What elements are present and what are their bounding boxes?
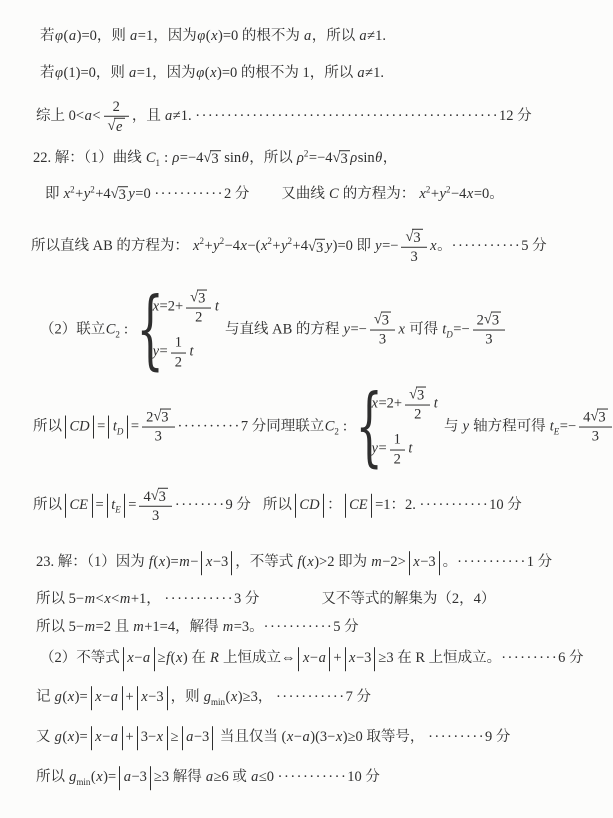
text-run: = [97, 417, 105, 437]
math-variable: y [462, 417, 469, 437]
text-run: 2 [175, 354, 182, 370]
text-run: 综上 0< [36, 107, 84, 127]
absolute-value-group: x−a [123, 647, 155, 671]
math-variable: y2 [439, 185, 451, 205]
math-variable: C2 [324, 417, 339, 437]
math-variable: t [408, 440, 413, 460]
math-variable: a [165, 107, 173, 127]
text-run: 23. 解：（1）因为 [36, 553, 148, 573]
math-variable: x2 [193, 237, 205, 257]
text-run: − [294, 728, 302, 748]
solution-line: 所以CE=tE=4√33········9 分所以CD：CE=1：2. ····… [33, 488, 522, 524]
math-variable: m [84, 618, 95, 638]
text-run: + [431, 185, 439, 205]
math-variable: θ [241, 149, 249, 169]
equation-system: {x=2+√32ty=12t [349, 387, 438, 468]
math-variable: CE [349, 496, 369, 516]
text-run: 3 [410, 249, 417, 265]
sqrt-radical: √3 [111, 186, 128, 203]
text-run: −2> [382, 553, 406, 573]
math-variable: t [189, 343, 194, 363]
radicand: 3 [197, 290, 207, 307]
solution-line: 所以 5−m=2 且 m+1=4，解得 m=3。···········5 分 [36, 618, 359, 638]
text-run: −4 [225, 237, 240, 257]
math-variable: tE [111, 496, 122, 516]
text-run: 当且仅当 ( [216, 728, 286, 748]
solution-line: 综上 0<a<2√e，且 a≠1. ······················… [36, 99, 532, 135]
text-run: =1：2. [375, 496, 419, 516]
fraction: √33 [401, 229, 426, 265]
text-run: 3 [413, 230, 420, 246]
radicand: 3 [118, 186, 128, 203]
text-run: 。 [437, 237, 452, 257]
absolute-value-group: CD [295, 494, 324, 518]
math-variable: m [84, 590, 95, 610]
text-run: 2 [146, 410, 153, 426]
math-variable: x [141, 688, 148, 708]
math-variable: gmin [69, 768, 91, 788]
absolute-value-group: tD [108, 415, 128, 439]
text-run: 3 [198, 291, 205, 307]
math-variable: x [95, 728, 102, 748]
text-run: − [102, 688, 110, 708]
text-run: =1，因为 [138, 27, 197, 47]
superscript: 2 [426, 184, 431, 194]
text-run: 3 [592, 429, 599, 445]
fraction: √32 [405, 387, 430, 423]
math-variable: ρ [172, 149, 180, 169]
denominator: 3 [579, 427, 611, 445]
radicand: 3 [339, 150, 349, 167]
math-variable: t [214, 298, 219, 318]
fraction: √32 [186, 290, 211, 326]
fraction: 12 [171, 335, 186, 370]
math-variable: e [115, 119, 122, 135]
math-variable: x [335, 728, 342, 748]
math-variable: x [413, 553, 420, 573]
text-run: 若 [40, 64, 55, 84]
solution-line: （2）联立C2 :{x=2+√32ty=12t 与直线 AB 的方程 y=−√3… [40, 290, 508, 371]
text-run: 3 [340, 151, 347, 167]
math-variable: a [110, 728, 118, 748]
text-run: −3 [148, 688, 163, 708]
text-run: 5 分 [333, 618, 358, 638]
text-run: ≠1. [365, 64, 384, 84]
subscript: D [446, 329, 453, 339]
dot-leader: ········ [175, 496, 226, 516]
math-variable: tE [549, 417, 560, 437]
math-variable: m [222, 618, 233, 638]
math-variable: C2 [105, 320, 120, 340]
math-variable: g [54, 728, 62, 748]
text-run: 2 [113, 99, 120, 115]
text-run: ，且 [132, 107, 165, 127]
text-run: )≥0 取等号， [343, 728, 428, 748]
math-variable: a [110, 688, 118, 708]
text-run: ，则 [171, 688, 204, 708]
subscript: 2 [115, 329, 120, 339]
text-run: 4 [583, 410, 590, 426]
math-variable: x [307, 553, 314, 573]
text-run: 3 [492, 313, 499, 329]
math-variable: φ [55, 64, 64, 84]
text-run: 3 [159, 489, 166, 505]
math-variable: x [466, 185, 473, 205]
superscript: 2 [220, 236, 225, 246]
text-run: ≤0 [259, 768, 278, 788]
text-run: 3 [379, 332, 386, 348]
numerator: 4√3 [139, 488, 171, 506]
text-run: ，不等式 [235, 553, 297, 573]
text-run: 2 [477, 313, 484, 329]
math-variable: y [128, 185, 135, 205]
text-run: = [131, 417, 139, 437]
fraction: √33 [370, 312, 395, 348]
denominator: 3 [370, 330, 395, 348]
math-variable: x [230, 688, 237, 708]
math-variable: R [210, 649, 220, 669]
text-run: )(3− [310, 728, 335, 748]
text-run: : [339, 417, 347, 437]
math-variable: a [142, 649, 150, 669]
math-variable: a [68, 27, 76, 47]
text-run: 9 分 [485, 728, 510, 748]
text-run: 3 [119, 187, 126, 203]
sqrt-radical: √3 [333, 150, 350, 167]
text-run: 可得 [405, 320, 441, 340]
text-run: （2）联立 [40, 320, 105, 340]
text-run: 上恒成立⇔ [219, 649, 295, 669]
fraction: 2√33 [142, 409, 174, 445]
sqrt-radical: √e [108, 118, 125, 135]
solution-line: 所以直线 AB 的方程为： x2+y2−4x−(x2+y2+4√3y)=0 即 … [31, 229, 547, 265]
text-run: +1=4，解得 [144, 618, 222, 638]
superscript: 2 [288, 236, 293, 246]
math-variable: a [84, 107, 92, 127]
text-run: − [134, 649, 142, 669]
text-run: （2）不等式 [40, 649, 120, 669]
document-page: 若φ(a)=0，则 a=1，因为φ(x)=0 的根不为 a，所以 a≠1.若φ(… [0, 0, 613, 818]
text-run: sin [358, 149, 375, 169]
superscript: 2 [199, 236, 204, 246]
subscript: D [117, 426, 124, 436]
text-run: 所以直线 AB 的方程为： [31, 237, 193, 257]
numerator: 2 [104, 99, 129, 116]
sqrt-radical: √3 [203, 150, 220, 167]
text-run: )>2 即为 [314, 553, 371, 573]
text-run: + [126, 688, 134, 708]
text-run: 。 [443, 553, 458, 573]
text-run: 3 [485, 332, 492, 348]
text-run: 的方程为： [339, 185, 419, 205]
text-run: : [120, 320, 128, 340]
text-run: 所以 5− [36, 590, 84, 610]
math-variable: m [133, 618, 144, 638]
text-run: 10 分 [489, 496, 522, 516]
text-run: −4 [451, 185, 466, 205]
math-variable: y2 [83, 185, 95, 205]
numerator: √3 [370, 312, 395, 330]
text-run: =− [382, 237, 398, 257]
radicand: 3 [315, 238, 325, 255]
text-run: +4 [95, 185, 110, 205]
text-run: )=0，则 [77, 27, 130, 47]
subscript: E [554, 426, 560, 436]
text-run: =−4 [180, 149, 204, 169]
text-run: + [75, 185, 83, 205]
dot-leader: ··········· [452, 237, 522, 257]
math-variable: x [205, 553, 212, 573]
math-variable: C1 [145, 149, 160, 169]
math-variable: a [129, 64, 137, 84]
denominator: 3 [401, 247, 426, 265]
text-run: −3 [356, 649, 371, 669]
math-variable: x [156, 728, 163, 748]
numerator: 2√3 [142, 409, 174, 427]
superscript: 2 [446, 184, 451, 194]
text-run: −3 [131, 768, 146, 788]
absolute-value-group: CD [65, 415, 94, 439]
absolute-value-group: 3−x [137, 726, 168, 750]
fraction: 4√33 [579, 409, 611, 445]
text-run: ≥3 解得 [154, 768, 205, 788]
text-run: 所以 [263, 496, 292, 516]
denominator: √e [104, 116, 129, 135]
text-run: 10 分 [347, 768, 380, 788]
text-run: 1 [394, 432, 401, 448]
denominator: 2 [390, 449, 405, 467]
text-run: ≠1. [173, 107, 195, 127]
solution-line: 若φ(a)=0，则 a=1，因为φ(x)=0 的根不为 a，所以 a≠1. [40, 27, 386, 47]
math-variable: x [240, 237, 247, 257]
dot-leader: ··········· [164, 590, 234, 610]
text-run: =0。 [474, 185, 504, 205]
denominator: 2 [405, 405, 430, 423]
math-variable: C [328, 185, 339, 205]
text-run: )= [75, 688, 88, 708]
text-run: =−4 [309, 149, 333, 169]
radicand: 3 [597, 409, 607, 426]
math-variable: a [123, 768, 131, 788]
text-run: =0 [135, 185, 154, 205]
absolute-value-group: tE [107, 494, 126, 518]
sqrt-radical: √3 [484, 312, 501, 329]
math-variable: CD [69, 417, 90, 437]
text-run: 3 [417, 388, 424, 404]
text-run: )= [166, 553, 179, 573]
text-run: −( [247, 237, 260, 257]
math-variable: CD [299, 496, 320, 516]
absolute-value-group: x−3 [201, 551, 232, 575]
subscript: E [115, 505, 121, 515]
text-run: + [204, 237, 212, 257]
solution-line: 所以CD=tD=2√33··········7 分同理联立C2 :{x=2+√3… [33, 387, 613, 468]
numerator: √3 [405, 387, 430, 405]
text-run: 轴方程可得 [470, 417, 550, 437]
math-variable: y2 [281, 237, 293, 257]
text-run: 2 [414, 407, 421, 423]
text-run: 3 [598, 410, 605, 426]
text-run: 3 [155, 429, 162, 445]
math-variable: x [67, 728, 74, 748]
solution-line: 即 x2+y2+4√3y=0 ···········2 分又曲线 C 的方程为：… [45, 185, 504, 205]
text-run: ≥ [171, 728, 179, 748]
dot-leader: ········· [501, 649, 558, 669]
text-run: 若 [40, 27, 55, 47]
text-run: 3 [382, 313, 389, 329]
numerator: 4√3 [579, 409, 611, 427]
math-variable: x [286, 728, 293, 748]
math-variable: x [96, 768, 103, 788]
superscript: 2 [70, 184, 75, 194]
text-run: = [96, 496, 104, 516]
math-variable: tD [112, 417, 124, 437]
math-variable: x [210, 64, 217, 84]
text-run: −3 [420, 553, 435, 573]
absolute-value-group: x−a [91, 686, 123, 710]
text-run: 3 [161, 410, 168, 426]
text-run: )≥3， [238, 688, 276, 708]
text-run: 3 [152, 508, 159, 524]
denominator: 2 [171, 352, 186, 370]
math-variable: x2 [419, 185, 431, 205]
text-run: ≥3 在 R 上恒成立。 [378, 649, 501, 669]
text-run: < [96, 590, 104, 610]
numerator: 2√3 [473, 312, 505, 330]
dot-leader: ········· [428, 728, 485, 748]
math-variable: a [359, 27, 367, 47]
solution-line: 所以 gmin(x)=a−3≥3 解得 a≥6 或 a≤0 ··········… [36, 766, 380, 790]
math-variable: φ [197, 27, 206, 47]
text-run: ，所以 [312, 27, 359, 47]
text-run: 与 [440, 417, 462, 437]
text-run: + [126, 728, 134, 748]
sqrt-radical: √3 [153, 409, 170, 426]
denominator: 3 [142, 427, 174, 445]
sqrt-radical: √3 [190, 290, 207, 307]
dot-leader: ··········· [278, 768, 348, 788]
math-variable: x [158, 553, 165, 573]
dot-leader: ··········· [457, 553, 527, 573]
text-run: ，所以 [249, 149, 296, 169]
absolute-value-group: a−3 [182, 726, 214, 750]
math-variable: tD [442, 320, 454, 340]
dot-leader: ··········· [276, 688, 346, 708]
text-run: =1，因为 [137, 64, 196, 84]
text-run: < [92, 107, 100, 127]
radicand: 3 [160, 409, 170, 426]
math-variable: θ [375, 149, 383, 169]
text-run: 1 [175, 335, 182, 351]
text-run: )= [75, 728, 88, 748]
math-variable: a [130, 27, 138, 47]
math-variable: φ [55, 27, 64, 47]
text-run: + [272, 237, 280, 257]
text-run: 所以 5− [36, 618, 84, 638]
absolute-value-group: x−3 [409, 551, 440, 575]
text-run: 所以 [33, 496, 62, 516]
solution-line: 22. 解：（1）曲线 C1 : ρ=−4√3 sinθ，所以 ρ2=−4√3ρ… [33, 149, 397, 169]
left-brace-icon: { [356, 387, 369, 467]
text-run: 3− [141, 728, 156, 748]
math-variable: a [186, 728, 194, 748]
text-run: 与直线 AB 的方程 [221, 320, 343, 340]
text-run: 2 分 [224, 185, 249, 205]
radicand: 3 [491, 312, 501, 329]
superscript: 2 [267, 236, 272, 246]
solution-line: 又 g(x)=x−a+3−x≥a−3 当且仅当 (x−a)(3−x)≥0 取等号… [36, 726, 510, 750]
numerator: √3 [401, 229, 426, 247]
subscript: 2 [334, 426, 339, 436]
solution-line: 23. 解：（1）因为 f(x)=m−x−3，不等式 f(x)>2 即为 m−2… [36, 551, 552, 575]
text-run: −3 [194, 728, 209, 748]
math-variable: y [375, 237, 382, 257]
text-run: 2 [195, 310, 202, 326]
subscript: min [76, 777, 90, 787]
math-variable: x [104, 590, 111, 610]
text-run: −3 [213, 553, 228, 573]
text-run: 9 分 [226, 496, 251, 516]
text-run: sin [221, 149, 242, 169]
sqrt-radical: √3 [405, 229, 422, 246]
text-run: 6 分 [558, 649, 583, 669]
math-variable: y [325, 237, 332, 257]
text-run: 3 [211, 151, 218, 167]
math-variable: x [398, 320, 405, 340]
equation-system: {x=2+√32ty=12t [130, 290, 219, 371]
text-run: +1， [131, 590, 165, 610]
text-run: < [111, 590, 119, 610]
math-variable: x [349, 649, 356, 669]
text-run: 7 分 [346, 688, 371, 708]
text-run: ： [327, 496, 342, 516]
text-run: ≠1. [367, 27, 386, 47]
text-run: 7 分同理联立 [241, 417, 324, 437]
numerator: 1 [390, 432, 405, 449]
absolute-value-group: a−3 [119, 766, 151, 790]
math-variable: gmin [203, 688, 225, 708]
text-run: )=0 的根不为 1，所以 [217, 64, 357, 84]
math-variable: x [211, 27, 218, 47]
radicand: 3 [381, 312, 391, 329]
text-run: =− [560, 417, 576, 437]
numerator: 1 [171, 335, 186, 352]
text-run: )=0 即 [333, 237, 375, 257]
text-run: 4 [143, 489, 150, 505]
absolute-value-group: CE [345, 494, 373, 518]
text-run: − [310, 649, 318, 669]
dot-leader: ·········· [178, 417, 241, 437]
math-variable: y [343, 320, 350, 340]
absolute-value-group: x−a [298, 647, 330, 671]
denominator: 3 [139, 506, 171, 524]
math-variable: ρ [350, 149, 358, 169]
radicand: e [114, 118, 124, 135]
math-variable: a [302, 728, 310, 748]
text-run: )=0 的根不为 [218, 27, 304, 47]
text-run: ) 在 [183, 649, 210, 669]
text-run: 又不等式的解集为（2，4） [321, 590, 495, 610]
math-variable: g [54, 688, 62, 708]
dot-leader: ········································… [195, 107, 499, 127]
math-variable: x [95, 688, 102, 708]
text-run: 3 分 [234, 590, 259, 610]
denominator: 3 [473, 330, 505, 348]
text-run: ≥6 或 [214, 768, 251, 788]
absolute-value-group: x−a [91, 726, 123, 750]
text-run: =2 且 [96, 618, 133, 638]
dot-leader: ··········· [264, 618, 334, 638]
